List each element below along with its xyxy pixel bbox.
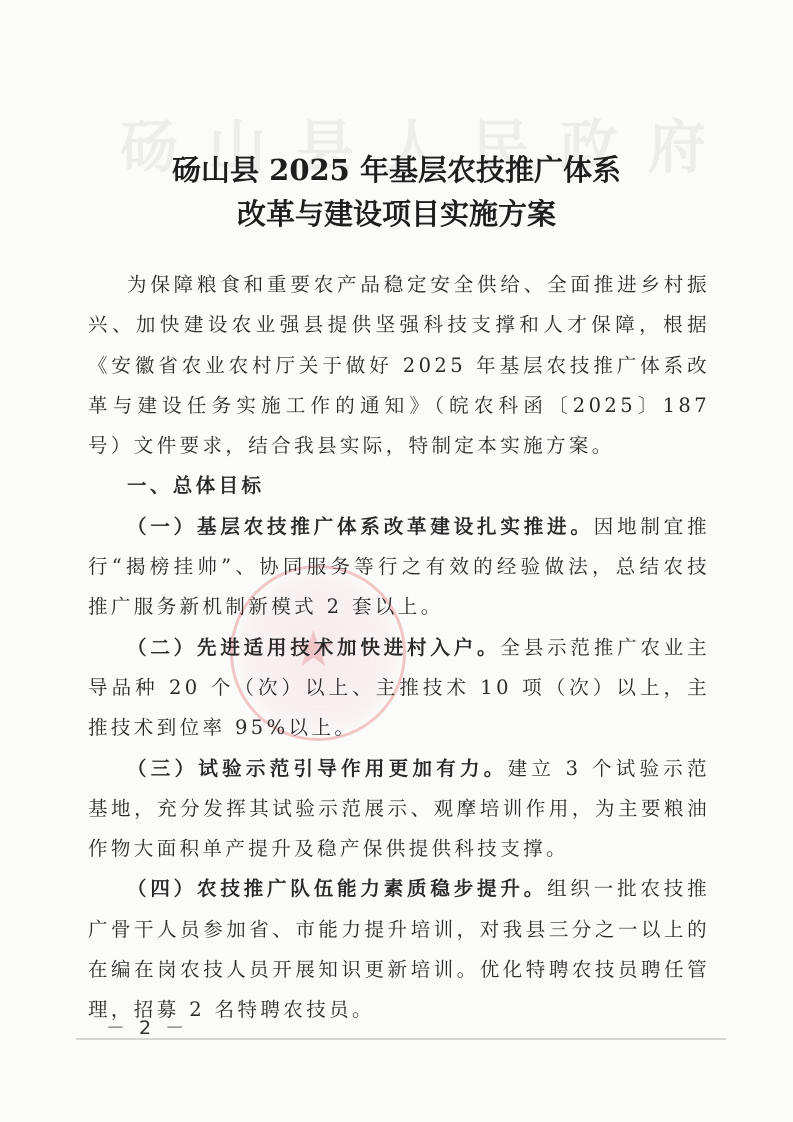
intro-paragraph: 为保障粮食和重要农产品稳定安全供给、全面推进乡村振兴、加快建设农业强县提供坚强科… [88,265,710,466]
goal-lead-3: （三）试验示范引导作用更加有力。 [127,757,508,780]
goal-paragraph-4: （四）农技推广队伍能力素质稳步提升。组织一批农技推广骨干人员参加省、市能力提升培… [88,869,710,1030]
goal-paragraph-1: （一）基层农技推广体系改革建设扎实推进。因地制宜推行“揭榜挂帅”、协同服务等行之… [88,507,710,628]
section-heading: 一、总体目标 [88,466,710,506]
page-number: － 2 － [106,1013,188,1040]
goal-lead-2: （二）先进适用技术加快进村入户。 [127,636,500,659]
document-body: 为保障粮食和重要农产品稳定安全供给、全面推进乡村振兴、加快建设农业强县提供坚强科… [88,265,710,1031]
title-line-2: 改革与建设项目实施方案 [0,192,793,236]
footer-divider [76,1038,726,1040]
document-title: 砀山县 2025 年基层农技推广体系 改革与建设项目实施方案 [0,148,793,236]
goal-paragraph-2: （二）先进适用技术加快进村入户。全县示范推广农业主导品种 20 个（次）以上、主… [88,628,710,749]
goal-lead-1: （一）基层农技推广体系改革建设扎实推进。 [127,515,594,538]
goal-lead-4: （四）农技推广队伍能力素质稳步提升。 [127,877,547,900]
goal-paragraph-3: （三）试验示范引导作用更加有力。建立 3 个试验示范基地，充分发挥其试验示范展示… [88,749,710,870]
title-line-1: 砀山县 2025 年基层农技推广体系 [0,148,793,192]
